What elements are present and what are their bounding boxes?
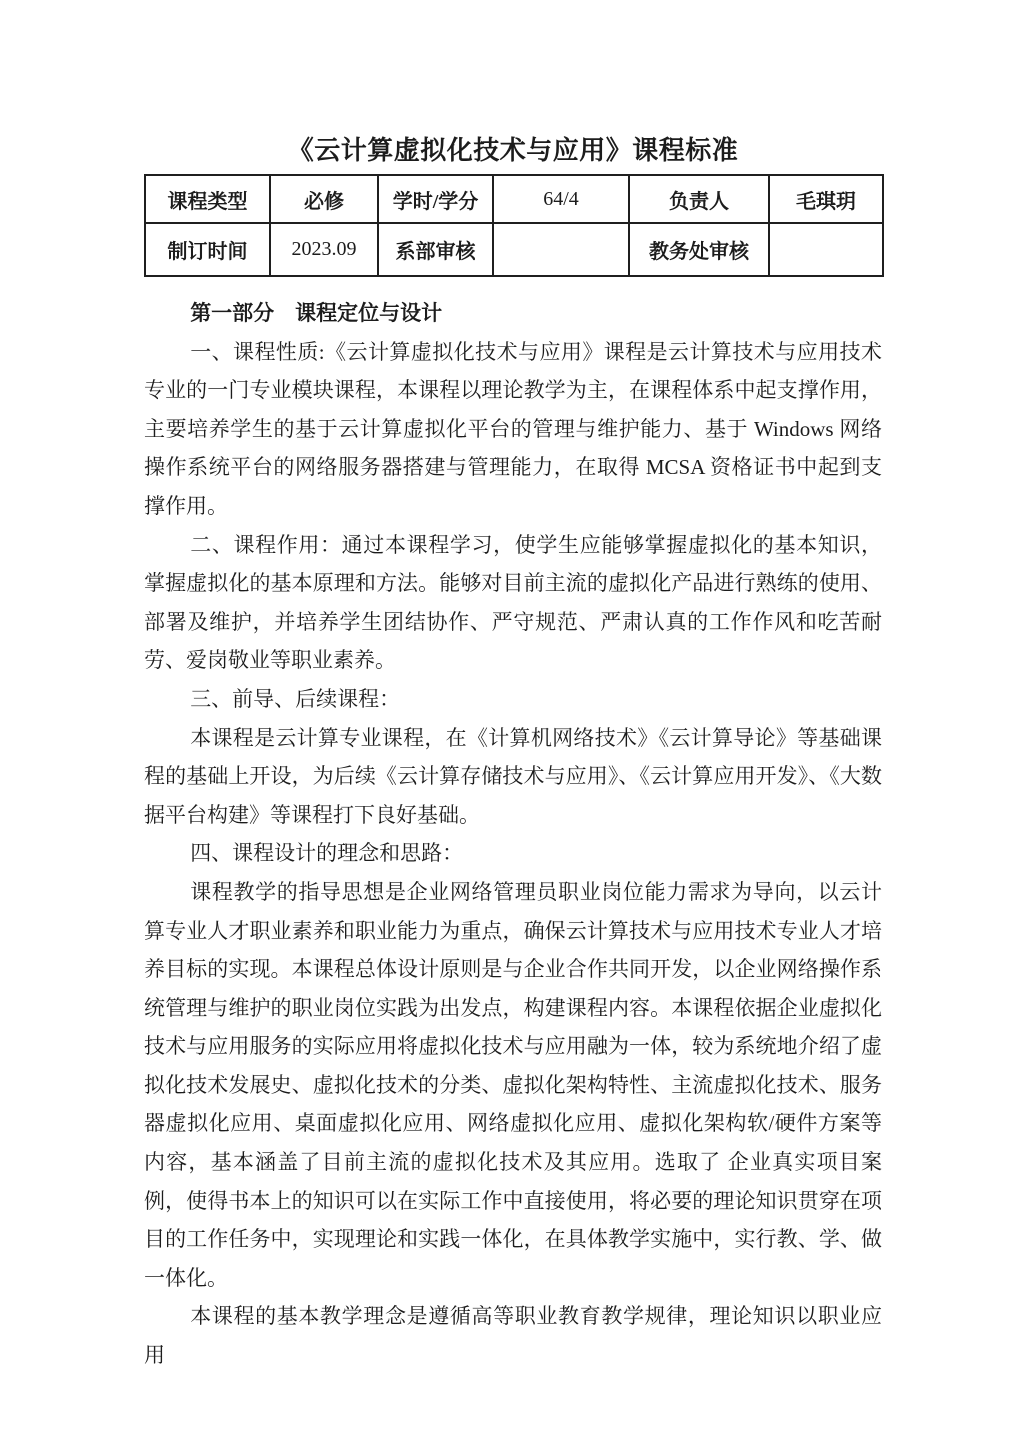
paragraph-teaching-philosophy: 本课程的基本教学理念是遵循高等职业教育教学规律，理论知识以职业应用: [144, 1297, 882, 1374]
document-body: 第一部分 课程定位与设计 一、课程性质:《云计算虚拟化技术与应用》课程是云计算技…: [144, 294, 882, 1375]
hours-credits-label: 学时/学分: [378, 175, 493, 223]
academic-office-review-label: 教务处审核: [629, 223, 769, 276]
course-type-value: 必修: [270, 175, 378, 223]
info-table-row: 课程类型 必修 学时/学分 64/4 负责人 毛琪玥: [145, 175, 883, 223]
person-in-charge-value: 毛琪玥: [769, 175, 883, 223]
section-heading-part1: 第一部分 课程定位与设计: [144, 294, 882, 333]
person-in-charge-label: 负责人: [629, 175, 769, 223]
info-table-row: 制订时间 2023.09 系部审核 教务处审核: [145, 223, 883, 276]
course-info-table: 课程类型 必修 学时/学分 64/4 负责人 毛琪玥 制订时间 2023.09 …: [144, 174, 884, 277]
paragraph-design-ideas: 课程教学的指导思想是企业网络管理员职业岗位能力需求为导向，以云计算专业人才职业素…: [144, 873, 882, 1298]
hours-credits-value: 64/4: [493, 175, 629, 223]
document-page: 《云计算虚拟化技术与应用》课程标准 课程类型 必修 学时/学分 64/4 负责人…: [0, 0, 1024, 1448]
paragraph-course-function: 二、课程作用：通过本课程学习，使学生应能够掌握虚拟化的基本知识，掌握虚拟化的基本…: [144, 526, 882, 680]
paragraph-course-nature: 一、课程性质:《云计算虚拟化技术与应用》课程是云计算技术与应用技术专业的一门专业…: [144, 333, 882, 526]
department-review-value: [493, 223, 629, 276]
academic-office-review-value: [769, 223, 883, 276]
date-established-label: 制订时间: [145, 223, 270, 276]
paragraph-prerequisite-courses: 本课程是云计算专业课程，在《计算机网络技术》《云计算导论》等基础课程的基础上开设…: [144, 719, 882, 835]
document-title: 《云计算虚拟化技术与应用》课程标准: [144, 130, 882, 167]
department-review-label: 系部审核: [378, 223, 493, 276]
date-established-value: 2023.09: [270, 223, 378, 276]
paragraph-design-heading: 四、课程设计的理念和思路：: [144, 834, 882, 873]
paragraph-prerequisite-heading: 三、前导、后续课程：: [144, 680, 882, 719]
course-type-label: 课程类型: [145, 175, 270, 223]
document-content: 《云计算虚拟化技术与应用》课程标准 课程类型 必修 学时/学分 64/4 负责人…: [144, 130, 882, 1375]
